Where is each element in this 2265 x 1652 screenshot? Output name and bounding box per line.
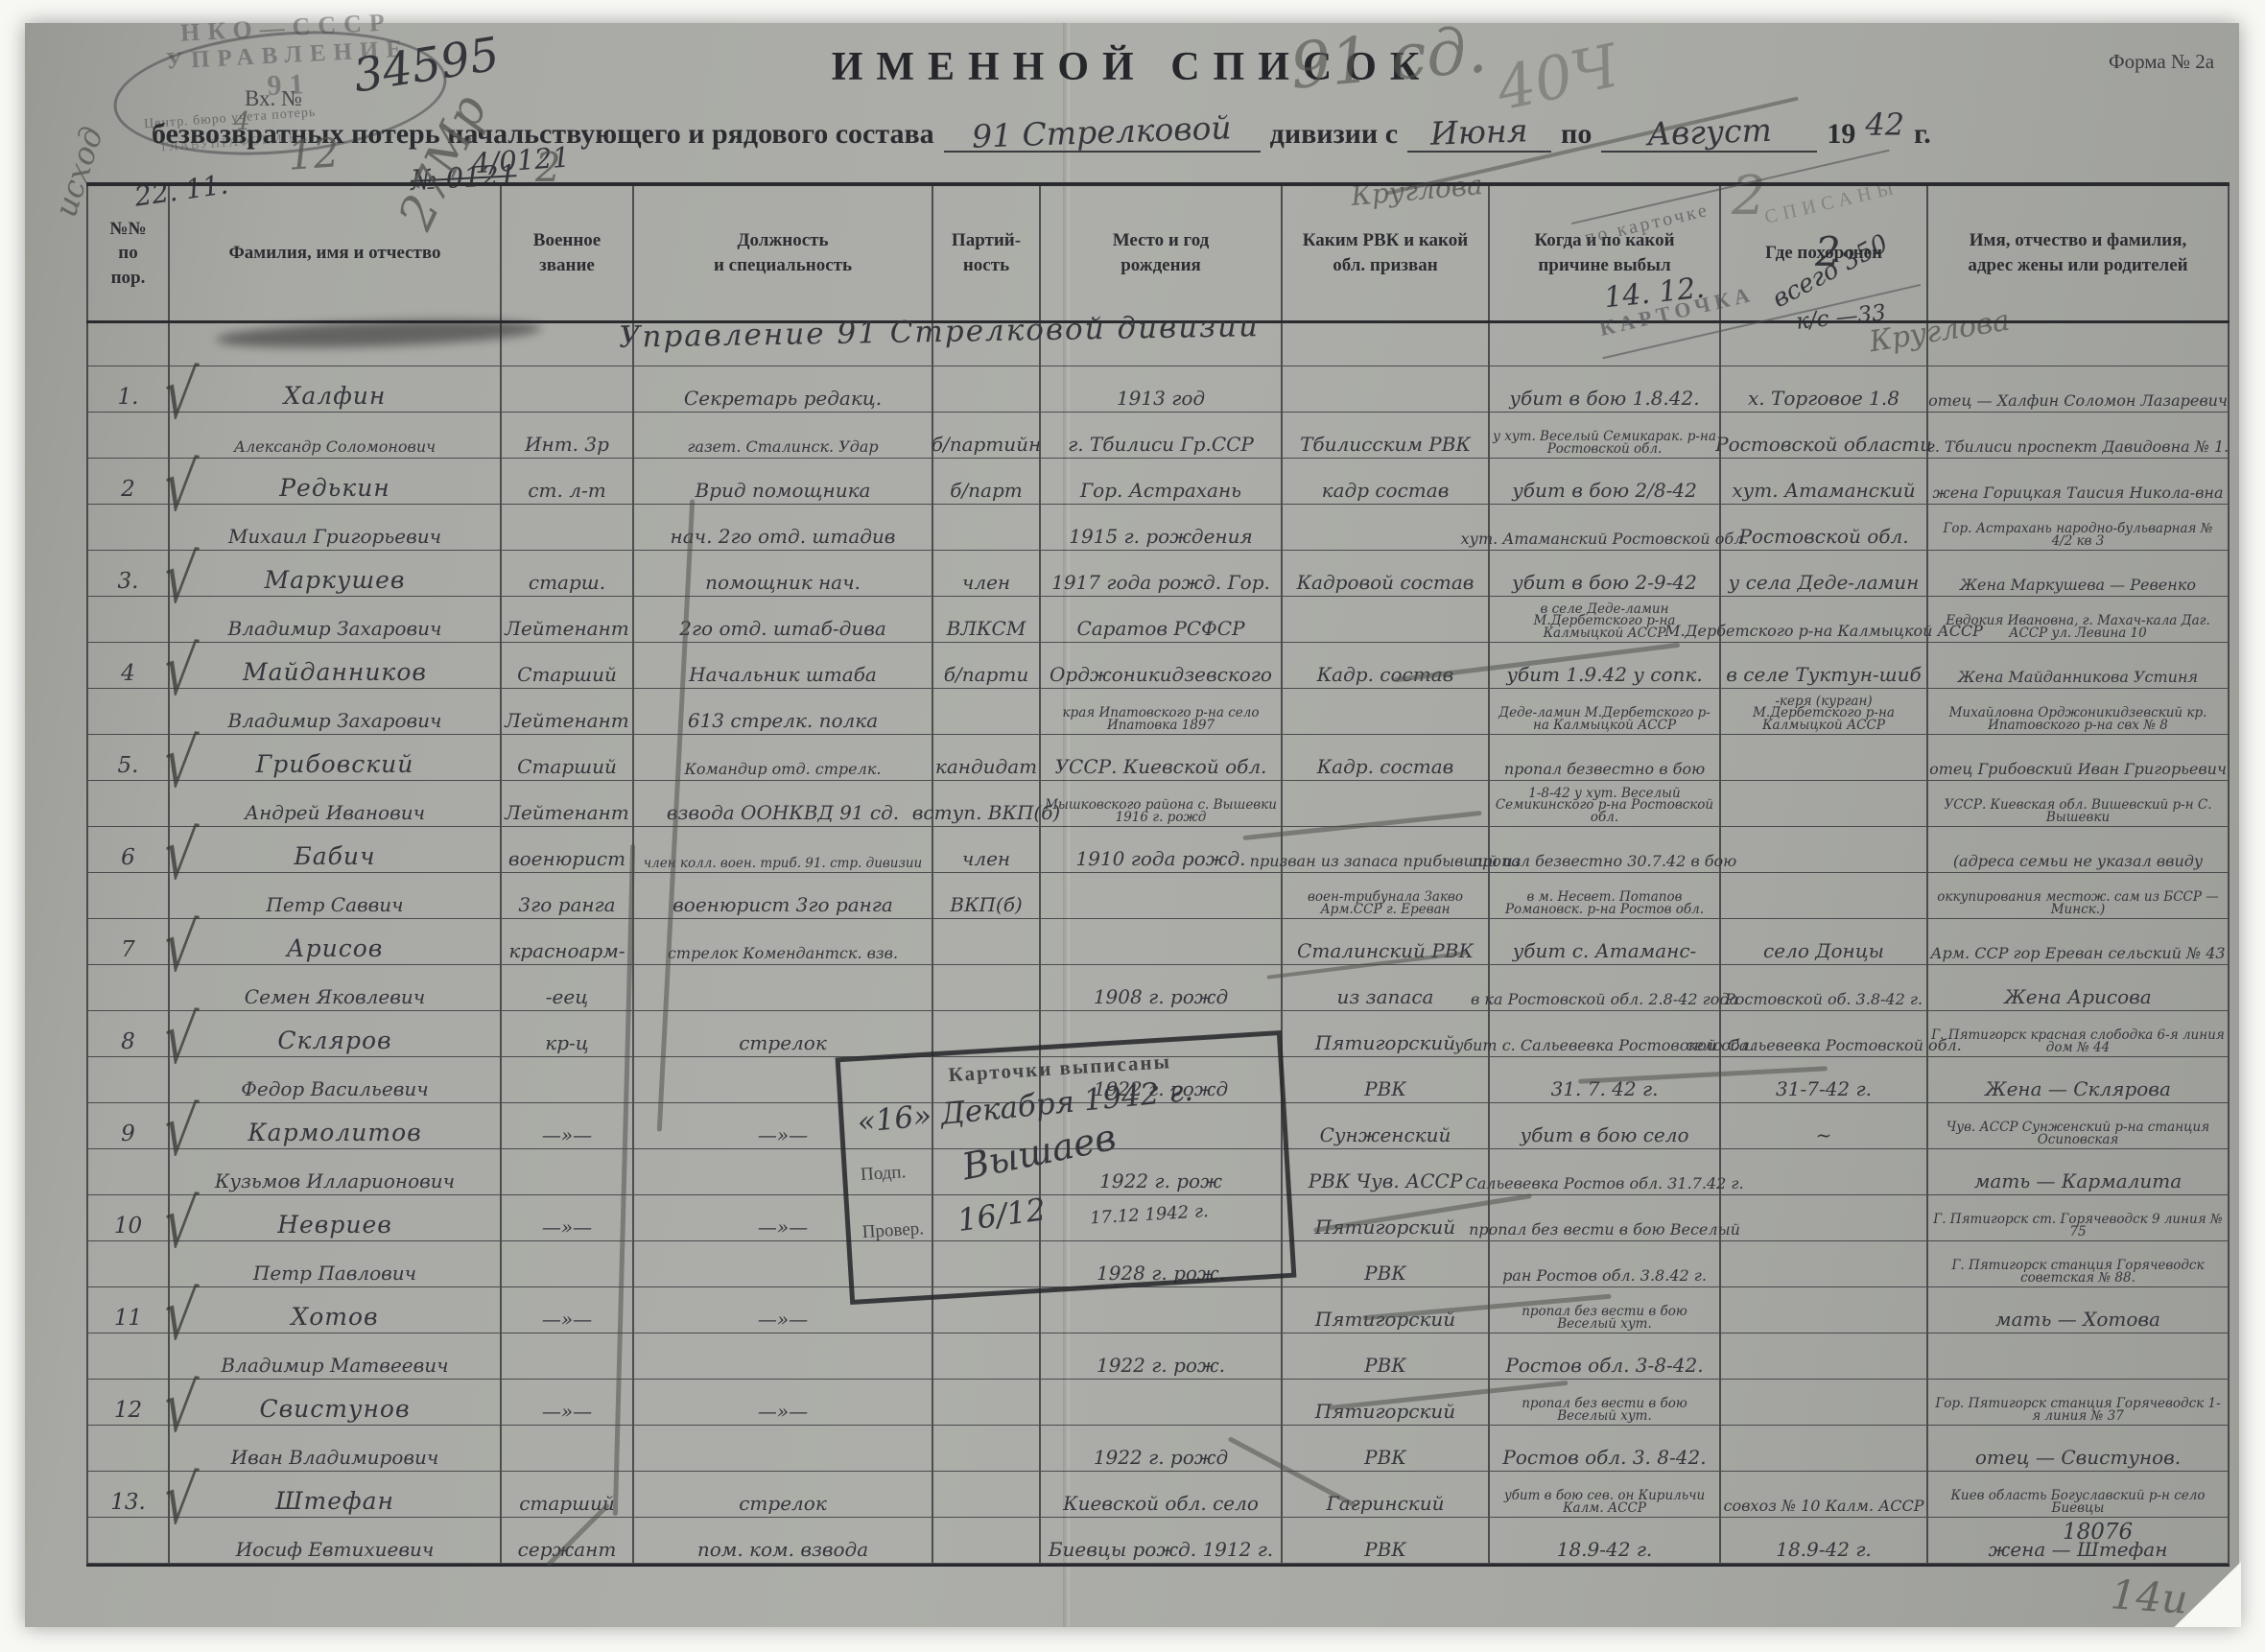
cell-party (932, 1380, 1040, 1472)
column-header-3: Должность и специальность (633, 184, 932, 322)
cell-name: √НевриевПетр Павлович (169, 1195, 501, 1287)
row-number-cell: 11 (87, 1287, 169, 1380)
cell-family: (адреса семьи не указал ввидуоккупирован… (1927, 827, 2229, 919)
cell-birth-line2: 1908 г. рожд (1094, 985, 1228, 1008)
cell-duty-line2: газет. Сталинск. Удар (687, 437, 878, 456)
cell-name-line2: Андрей Иванович (245, 801, 425, 824)
cell-family-line1: Жена Майданникова Устиня (1958, 668, 2198, 686)
cell-name: √ШтефанИосиф Евтихиевич (169, 1472, 501, 1566)
row-number-cell: 4 (87, 643, 169, 735)
cell-cause-line2: хут. Атаманский Ростовской обл. (1461, 530, 1749, 548)
cell-birth-line2: г. Тбилиси Гр.ССР (1068, 433, 1254, 456)
year-suffix: г. (1914, 118, 1931, 151)
cell-buried: село ДонцыРостовской об. 3.8-42 г. (1720, 919, 1927, 1011)
cell-family-line1: Гор. Пятигорск станция Горячеводск 1-я л… (1931, 1398, 2225, 1423)
cell-family: мать — Хотова (1927, 1287, 2229, 1380)
cell-duty: стрелок Комендантск. взв. (633, 919, 932, 1011)
table-row: 13.√ШтефанИосиф Евтихиевичстаршийсержант… (87, 1472, 2229, 1566)
cell-rvk-line2: Тбилисским РВК (1300, 433, 1471, 456)
cell-cause-line1: пропал безвестно в бою (1504, 760, 1705, 778)
column-header-9: Имя, отчество и фамилия, адрес жены или … (1927, 184, 2229, 322)
cell-party (932, 919, 1040, 1011)
cell-rank-line1: —»— (542, 1123, 592, 1146)
cell-cause-line2: Ростов обл. 3. 8-42. (1502, 1446, 1706, 1469)
cell-rvk: призван из запаса прибывший извоен-трибу… (1282, 827, 1489, 919)
cell-cause-line1: пропал без вести в бою Веселый хут. (1493, 1398, 1716, 1423)
table-row: 12√СвистуновИван Владимирович—»——»—1922 … (87, 1380, 2229, 1472)
cell-family-line1: Г. Пятигорск ст. Горячеводск 9 линия № 7… (1931, 1214, 2225, 1239)
cell-rank-line2: Инт. 3р (525, 433, 609, 456)
cell-birth: 1913 годг. Тбилиси Гр.ССР (1040, 366, 1282, 460)
cell-birth: 1910 года рожд. (1040, 827, 1282, 919)
cell-family: отец Грибовский Иван ГригорьевичУССР. Ки… (1927, 735, 2229, 827)
cell-rvk-line1: Гагринский (1326, 1492, 1444, 1515)
table-row: 5.√ГрибовскийАндрей ИвановичСтаршийЛейте… (87, 735, 2229, 827)
row-number: 6 (121, 845, 135, 870)
cell-birth: Орджоникидзевскогокрая Ипатовского р-на … (1040, 643, 1282, 735)
row-number: 10 (114, 1214, 142, 1239)
table-row: 11√ХотовВладимир Матвеевич—»——»—1922 г. … (87, 1287, 2229, 1380)
cell-party: кандидатвступ. ВКП(б) (932, 735, 1040, 827)
row-number-cell: 1. (87, 366, 169, 460)
cell-cause-line2: ран Ростов обл. 3.8.42 г. (1502, 1266, 1707, 1285)
cell-name-line2: Владимир Захарович (228, 709, 442, 732)
column-header-6: Каким РВК и какой обл. призван (1282, 184, 1489, 322)
cell-buried-line1: х. Торговое 1.8 (1748, 387, 1899, 410)
cell-rank-line1: —»— (542, 1308, 592, 1331)
cell-rank: старш.Лейтенант (501, 551, 633, 643)
cell-buried-line2: Ростовской обл. (1738, 525, 1908, 548)
cell-cause-line2: у хут. Веселый Семикарак. р-на Ростовско… (1493, 431, 1716, 456)
cell-rvk-line2: из запаса (1337, 985, 1434, 1008)
cell-birth-line2: Саратов РСФСР (1076, 617, 1244, 640)
cell-cause: убит с. Атаманс-в ка Ростовской обл. 2.8… (1489, 919, 1720, 1011)
row-number: 11 (114, 1306, 142, 1331)
cell-duty-line2: взвода ООНКВД 91 сд. (667, 801, 899, 824)
cell-name: √ХотовВладимир Матвеевич (169, 1287, 501, 1380)
cell-rank-line1: —»— (542, 1400, 592, 1423)
cell-cause: убит в бою сев. он Кирильчи Калм. АССР18… (1489, 1472, 1720, 1566)
cell-name: √СкляровФедор Васильевич (169, 1011, 501, 1103)
cell-name-line1: Бабич (294, 842, 375, 870)
cell-duty-line1: стрелок (739, 1492, 827, 1515)
cell-buried-line2: 31-7-42 г. (1776, 1077, 1872, 1100)
cell-family: Г. Пятигорск красная слободка 6-я линия … (1927, 1011, 2229, 1103)
cell-rank: ст. л-т (501, 459, 633, 551)
division-handwritten: 91 Стрелковой (972, 108, 1233, 154)
year-printed: 19 (1827, 118, 1855, 151)
cell-cause: убит 1.9.42 у сопк.Деде-ламин М.Дербетск… (1489, 643, 1720, 735)
cell-name-line1: Невриев (277, 1211, 392, 1239)
cell-duty-line1: Секретарь редакц. (684, 387, 882, 410)
cards-issued-stamp: Карточки выписаны «16» Декабря 1942 г. П… (836, 1030, 1297, 1305)
cell-buried: совхоз № 10 Калм. АССР18.9-42 г. (1720, 1472, 1927, 1566)
cell-cause-line1: пропал безвестно 30.7.42 в бою (1473, 852, 1736, 870)
cell-buried-line2: -керя (курган) М.Дербетского р-на Калмыц… (1724, 696, 1923, 732)
cell-duty-line1: Врид помощника (696, 479, 871, 502)
year-handwritten: 42 (1865, 106, 1904, 143)
cell-family-line2: Михайловна Орджоникидзевский кр. Ипатовс… (1931, 707, 2225, 732)
column-header-5: Место и год рождения (1040, 184, 1282, 322)
cell-name: √СвистуновИван Владимирович (169, 1380, 501, 1472)
cell-birth-line1: Орджоникидзевского (1050, 663, 1272, 686)
margin-four-note: 4 (234, 107, 250, 136)
cell-cause-line2: 1-8-42 у хут. Веселый Семикинского р-на … (1493, 788, 1716, 824)
cell-name-line2: Петр Саввич (266, 893, 403, 916)
cell-family-line2: Г. Пятигорск станция Горячеводск советск… (1931, 1260, 2225, 1285)
cell-party-line1: б/парти (944, 663, 1028, 686)
cell-rank: —»— (501, 1380, 633, 1472)
cell-family-line1: (адреса семьи не указал ввиду (1953, 852, 2203, 870)
row-number: 7 (121, 937, 135, 962)
cell-party: б/парт (932, 459, 1040, 551)
cell-party-line1: б/парт (950, 479, 1023, 502)
cell-birth-line2: Мышковского района с. Вышевки 1916 г. ро… (1044, 799, 1278, 824)
cell-name: √РедькинМихаил Григорьевич (169, 459, 501, 551)
cell-birth-line1: 1917 года рожд. Гор. (1051, 571, 1270, 594)
table-row: 6√БабичПетр Саввичвоенюрист3го рангачлен… (87, 827, 2229, 919)
cell-rvk-line1: Сунженский (1320, 1123, 1451, 1146)
cell-name: √ХалфинАлександр Соломонович (169, 366, 501, 460)
row-number-cell: 12 (87, 1380, 169, 1472)
cell-cause: пропал без вести в бою Веселый хут.Росто… (1489, 1380, 1720, 1472)
row-number-cell: 8 (87, 1011, 169, 1103)
cell-party-line1: кандидат (935, 755, 1037, 778)
cell-duty: помощник нач.2го отд. штаб-дива (633, 551, 932, 643)
cell-birth: 1908 г. рожд (1040, 919, 1282, 1011)
cell-party-line1: член (962, 847, 1010, 870)
cell-duty-line1: —»— (758, 1400, 808, 1423)
section-row-cell (87, 322, 169, 366)
cell-family-line1: отец — Халфин Соломон Лазаревич (1928, 391, 2228, 410)
cell-name-line2: Михаил Григорьевич (228, 525, 441, 548)
cell-rvk-line2: РВК (1364, 1077, 1406, 1100)
cell-family-line2: оккупирования местож. сам из БССР — Минс… (1931, 891, 2225, 916)
cell-birth-line2: 1915 г. рождения (1069, 525, 1252, 548)
cell-duty-line1: стрелок Комендантск. взв. (668, 944, 898, 962)
cell-family-line2: Жена — Склярова (1985, 1077, 2171, 1100)
cell-cause-line2: в ка Ростовской обл. 2.8-42 года (1471, 990, 1738, 1008)
table-row: 4√МайданниковВладимир ЗахаровичСтаршийЛе… (87, 643, 2229, 735)
cell-birth-line2: края Ипатовского р-на село Ипатовка 1897 (1044, 707, 1278, 732)
cell-rvk: Кадр. состав (1282, 643, 1489, 735)
cell-name-line1: Грибовский (256, 750, 414, 778)
cell-buried: в селе Туктун-шиб-керя (курган) М.Дербет… (1720, 643, 1927, 735)
cell-cause-line1: убит с. Атаманс- (1513, 939, 1697, 962)
cell-rvk: Тбилисским РВК (1282, 366, 1489, 460)
cell-family-line1: жена Горицкая Таисия Никола-вна (1933, 484, 2224, 502)
row-number: 12 (114, 1398, 142, 1423)
cards-stamp-podp-label: Подп. (860, 1162, 907, 1186)
cell-birth: 1922 г. рожд (1040, 1380, 1282, 1472)
cell-rank: Инт. 3р (501, 366, 633, 460)
cell-name-line1: Маркушев (265, 566, 406, 594)
footer-number: 18076 (2063, 1520, 2133, 1545)
cell-rank-line1: Старший (517, 663, 617, 686)
table-row: 3.√МаркушевВладимир Захаровичстарш.Лейте… (87, 551, 2229, 643)
cell-rvk: Кадровой состав (1282, 551, 1489, 643)
cell-birth: Гор. Астрахань1915 г. рождения (1040, 459, 1282, 551)
cell-name-line2: Владимир Матвеевич (221, 1354, 448, 1377)
cell-duty-line1: стрелок (739, 1031, 827, 1054)
row-number-cell: 13. (87, 1472, 169, 1566)
cell-party-line2: вступ. ВКП(б) (912, 801, 1060, 824)
cell-rank-line1: Старший (517, 755, 617, 778)
cell-cause-line2: 18.9-42 г. (1557, 1538, 1653, 1561)
cell-rank-line1: кр-ц (545, 1031, 588, 1054)
cell-family-line1: Чув. АССР Сунженский р-на станция Осипов… (1931, 1121, 2225, 1146)
casualty-table: №№ по пор.Фамилия, имя и отчествоВоенное… (86, 182, 2230, 1567)
cell-rank-line2: Лейтенант (505, 801, 628, 824)
cell-name-line2: Кузьмов Илларионович (215, 1169, 455, 1192)
cell-cause-line1: убит в бою 2-9-42 (1512, 571, 1697, 594)
section-row-cell (1720, 322, 1927, 366)
cell-cause: пропал без вести в бою Веселыйран Ростов… (1489, 1195, 1720, 1287)
cell-party-line2: ВЛКСМ (947, 617, 1026, 640)
cell-family: Гор. Пятигорск станция Горячеводск 1-я л… (1927, 1380, 2229, 1472)
cell-rvk: ПятигорскийРВК (1282, 1011, 1489, 1103)
cell-duty-line1: —»— (758, 1123, 808, 1146)
cell-rank-line1: военюрист (508, 847, 625, 870)
cell-duty-line2: 613 стрелк. полка (688, 709, 878, 732)
cell-buried: село Сальевевка Ростовской обл.31-7-42 г… (1720, 1011, 1927, 1103)
cell-duty: Секретарь редакц.газет. Сталинск. Удар (633, 366, 932, 460)
cell-buried-line1: село Донцы (1763, 939, 1884, 962)
row-number-cell: 5. (87, 735, 169, 827)
cell-party: членВКП(б) (932, 827, 1040, 919)
cell-cause-line2: в м. Несвет. Потапов Романовск. р-на Рос… (1493, 891, 1716, 916)
cell-cause-line1: пропал без вести в бою Веселый (1469, 1220, 1740, 1239)
cards-stamp-check-date: 16/12 (956, 1191, 1048, 1239)
cell-rank-line2: Лейтенант (505, 617, 628, 640)
cell-cause-line1: убит в бою 2/8-42 (1512, 479, 1697, 502)
column-header-1: Фамилия, имя и отчество (169, 184, 501, 322)
cell-buried (1720, 1380, 1927, 1472)
table-row: 2√РедькинМихаил Григорьевичст. л-тВрид п… (87, 459, 2229, 551)
cell-rvk: ПятигорскийРВК (1282, 1287, 1489, 1380)
cell-family-line2: мать — Кармалита (1974, 1169, 2182, 1192)
row-number: 9 (121, 1121, 135, 1146)
cell-party: б/партийн (932, 366, 1040, 460)
table-body: 1.√ХалфинАлександр СоломоновичИнт. 3рСек… (87, 322, 2229, 1566)
cell-rvk-line1: Кадр. состав (1317, 755, 1454, 778)
cell-family-line2: отец — Свистунов. (1975, 1446, 2181, 1469)
cell-name: √МайданниковВладимир Захарович (169, 643, 501, 735)
cell-name: √АрисовСемен Яковлевич (169, 919, 501, 1011)
row-number: 1. (118, 385, 139, 410)
cell-rvk-line1: Сталинский РВК (1297, 939, 1474, 962)
cell-rvk-line2: РВК Чув. АССР (1309, 1169, 1463, 1192)
division-blank: 91 Стрелковой (944, 113, 1261, 153)
cell-family: отец — Халфин Соломон Лазаревичг. Тбилис… (1927, 366, 2229, 460)
cell-party (932, 1287, 1040, 1380)
cell-family-line1: Г. Пятигорск красная слободка 6-я линия … (1931, 1029, 2225, 1054)
cell-buried-line1: у села Деде-ламин (1729, 571, 1920, 594)
section-row-cell (1282, 322, 1489, 366)
cell-buried-line1: совхоз № 10 Калм. АССР (1724, 1497, 1924, 1515)
cell-rank-line1: ст. л-т (528, 479, 605, 502)
cell-duty: —»— (633, 1380, 932, 1472)
cell-cause: пропал безвестно в бою1-8-42 у хут. Весе… (1489, 735, 1720, 827)
subtitle-division-word: дивизии с (1270, 118, 1398, 151)
cell-name-line2: Владимир Захарович (228, 617, 442, 640)
row-number-cell: 6 (87, 827, 169, 919)
cell-family: жена Горицкая Таисия Никола-внаГор. Астр… (1927, 459, 2229, 551)
cell-rvk-line1: Пятигорский (1315, 1031, 1455, 1054)
cell-name-line2: Федор Васильевич (241, 1077, 428, 1100)
column-header-2: Военное звание (501, 184, 633, 322)
cell-party: членВЛКСМ (932, 551, 1040, 643)
header-scribble-12: 12 (286, 129, 341, 179)
cell-duty-line2: 2го отд. штаб-дива (679, 617, 886, 640)
cell-family-line1: отец Грибовский Иван Григорьевич (1929, 760, 2227, 778)
cell-rank-line2: 3го ранга (518, 893, 615, 916)
row-number: 13. (110, 1490, 146, 1515)
cell-rank: СтаршийЛейтенант (501, 735, 633, 827)
cell-name-line1: Кармолитов (248, 1119, 421, 1146)
footer-page-mark: 14и (2109, 1570, 2189, 1622)
cell-birth-line2: 1922 г. рожд (1094, 1446, 1228, 1469)
cell-buried (1720, 1287, 1927, 1380)
row-number-cell: 10 (87, 1195, 169, 1287)
scanned-document: НКО—СССР УПРАВЛЕНИЕ 91 Вх. № 34595 Центр… (0, 0, 2265, 1652)
cell-rank: —»— (501, 1103, 633, 1195)
cell-buried: у села Деде-ламинМ.Дербетского р-на Калм… (1720, 551, 1927, 643)
cell-family: Жена Маркушева — РевенкоЕвдокия Ивановна… (1927, 551, 2229, 643)
cell-family-line2: УССР. Киевская обл. Вишевский р-н С. Выш… (1931, 799, 2225, 824)
cell-birth-line1: Киевской обл. село (1063, 1492, 1259, 1515)
cell-party-line2: ВКП(б) (950, 893, 1022, 916)
cell-duty-line2: пом. ком. взвода (697, 1538, 868, 1561)
row-number: 2 (121, 477, 135, 502)
cell-rvk-line2: РВК (1364, 1354, 1406, 1377)
cell-name: √КармолитовКузьмов Илларионович (169, 1103, 501, 1195)
cell-buried: ~ (1720, 1103, 1927, 1195)
cell-birth: 1917 года рожд. Гор.Саратов РСФСР (1040, 551, 1282, 643)
cell-buried-line2: Ростовской об. 3.8-42 г. (1725, 990, 1923, 1008)
cell-name: √ГрибовскийАндрей Иванович (169, 735, 501, 827)
cell-buried (1720, 1195, 1927, 1287)
cell-buried (1720, 735, 1927, 827)
cell-birth: УССР. Киевской обл.Мышковского района с.… (1040, 735, 1282, 827)
cell-rank: —»— (501, 1287, 633, 1380)
cell-cause-line2: Сальевевка Ростов обл. 31.7.42 г. (1465, 1174, 1743, 1192)
cell-buried-line1: ~ (1816, 1123, 1832, 1146)
cell-family-line2: Гор. Астрахань народно-бульварная № 4/2 … (1931, 523, 2225, 548)
cell-cause: пропал безвестно 30.7.42 в боюв м. Несве… (1489, 827, 1720, 919)
cell-rank-line1: старш. (529, 571, 605, 594)
cell-name-line1: Штефан (275, 1487, 394, 1515)
cell-buried-line1: хут. Атаманский (1732, 479, 1915, 502)
cell-name-line1: Майданников (243, 658, 427, 686)
cell-duty-line1: Командир отд. стрелк. (685, 760, 882, 778)
cell-duty-line1: —»— (758, 1215, 808, 1239)
cell-cause: убит в бою 2/8-42хут. Атаманский Ростовс… (1489, 459, 1720, 551)
cell-family-line2: Евдокия Ивановна, г. Махач-кала Даг. АСС… (1931, 615, 2225, 640)
cell-duty: член колл. воен. триб. 91. стр. дивизиив… (633, 827, 932, 919)
cell-birth: Киевской обл. селоБиевцы рожд. 1912 г. (1040, 1472, 1282, 1566)
cell-birth-line2: Биевцы рожд. 1912 г. (1049, 1538, 1273, 1561)
cell-family: Киев область Богуславский р-н село Биевц… (1927, 1472, 2229, 1566)
cell-name-line1: Скляров (277, 1027, 391, 1054)
cell-cause-line1: убит в бою 1.8.42. (1509, 387, 1699, 410)
cell-name-line2: Петр Павлович (253, 1262, 416, 1285)
cell-cause-line2: Деде-ламин М.Дербетского р-на Калмыцкой … (1493, 707, 1716, 732)
cell-family-line1: Киев область Богуславский р-н село Биевц… (1931, 1490, 2225, 1515)
cell-family-line1: мать — Хотова (1995, 1308, 2160, 1331)
cell-duty: Врид помощниканач. 2го отд. штадив (633, 459, 932, 551)
table-row: 1.√ХалфинАлександр СоломоновичИнт. 3рСек… (87, 366, 2229, 460)
cell-name: √БабичПетр Саввич (169, 827, 501, 919)
cell-party (932, 1472, 1040, 1566)
cell-duty-line1: помощник нач. (705, 571, 861, 594)
section-row-cell (1927, 322, 2229, 366)
cell-birth-line1: 1910 года рожд. (1076, 847, 1246, 870)
cell-cause-line1: убит 1.9.42 у сопк. (1506, 663, 1702, 686)
cell-cause-line1: пропал без вести в бою Веселый хут. (1493, 1306, 1716, 1331)
cell-buried: х. Торговое 1.8Ростовской области (1720, 366, 1927, 460)
cell-cause-line1: убит в бою село (1520, 1123, 1688, 1146)
table-row: 7√АрисовСемен Яковлевичкрасноарм--еецстр… (87, 919, 2229, 1011)
cell-rvk: СунженскийРВК Чув. АССР (1282, 1103, 1489, 1195)
cell-party-line2: б/партийн (932, 433, 1041, 456)
cell-name-line2: Иосиф Евтихиевич (236, 1538, 435, 1561)
cell-name-line1: Свистунов (259, 1395, 410, 1423)
cell-rank-line2: -еец (546, 985, 588, 1008)
cell-cause: убит с. Сальевевка Ростовской обл.31. 7.… (1489, 1011, 1720, 1103)
cell-rank-line1: —»— (542, 1215, 592, 1239)
cell-duty-line2: нач. 2го отд. штадив (671, 525, 896, 548)
row-number-cell: 2 (87, 459, 169, 551)
cell-buried-line2: Ростовской области (1715, 433, 1932, 456)
column-header-0: №№ по пор. (87, 184, 169, 322)
cell-rvk-line2: РВК (1364, 1446, 1406, 1469)
cell-name-line1: Арисов (287, 934, 384, 962)
cell-name: √МаркушевВладимир Захарович (169, 551, 501, 643)
cell-rvk-line1: кадр состав (1322, 479, 1450, 502)
cell-family: Арм. ССР гор Ереван сельский № 43Жена Ар… (1927, 919, 2229, 1011)
cell-family: Жена Майданникова УстиняМихайловна Орджо… (1927, 643, 2229, 735)
cell-buried-line1: в селе Туктун-шиб (1726, 663, 1921, 686)
cell-buried-line2: 18.9-42 г. (1776, 1538, 1872, 1561)
cell-rvk-line2: РВК (1364, 1538, 1406, 1561)
cell-rvk-line1: Кадровой состав (1297, 571, 1475, 594)
cell-cause-line2: Ростов обл. 3-8-42. (1505, 1354, 1703, 1377)
cell-duty-line1: —»— (758, 1308, 808, 1331)
cell-cause: убит в бою селоСальевевка Ростов обл. 31… (1489, 1103, 1720, 1195)
cell-rank: кр-ц (501, 1011, 633, 1103)
cell-cause-line1: убит в бою сев. он Кирильчи Калм. АССР (1493, 1490, 1716, 1515)
cell-rvk: кадр состав (1282, 459, 1489, 551)
cell-buried-line1: село Сальевевка Ростовской обл. (1686, 1036, 1961, 1054)
cell-rvk: Сталинский РВКиз запаса (1282, 919, 1489, 1011)
cell-birth-line1: УССР. Киевской обл. (1055, 755, 1267, 778)
cell-family-line2: г. Тбилиси проспект Давидовна № 1. (1927, 437, 2229, 456)
cell-name-line2: Иван Владимирович (231, 1446, 439, 1469)
cards-stamp-check-date2: 17.12 1942 г. (1090, 1201, 1210, 1229)
row-number: 5. (118, 753, 139, 778)
cell-family-line1: Арм. ССР гор Ереван сельский № 43 (1930, 944, 2225, 962)
cell-rvk-line2: воен-трибунала Закво Арм.ССР г. Ереван (1286, 891, 1485, 916)
cards-stamp-prover-label: Провер. (861, 1218, 924, 1243)
cell-birth: 1922 г. рож. (1040, 1287, 1282, 1380)
cell-name-line1: Халфин (284, 382, 387, 410)
cell-buried: хут. АтаманскийРостовской обл. (1720, 459, 1927, 551)
cell-rank-line1: красноарм- (508, 939, 625, 962)
row-number: 4 (121, 661, 135, 686)
cell-family: Чув. АССР Сунженский р-на станция Осипов… (1927, 1103, 2229, 1195)
row-number: 8 (121, 1029, 135, 1054)
